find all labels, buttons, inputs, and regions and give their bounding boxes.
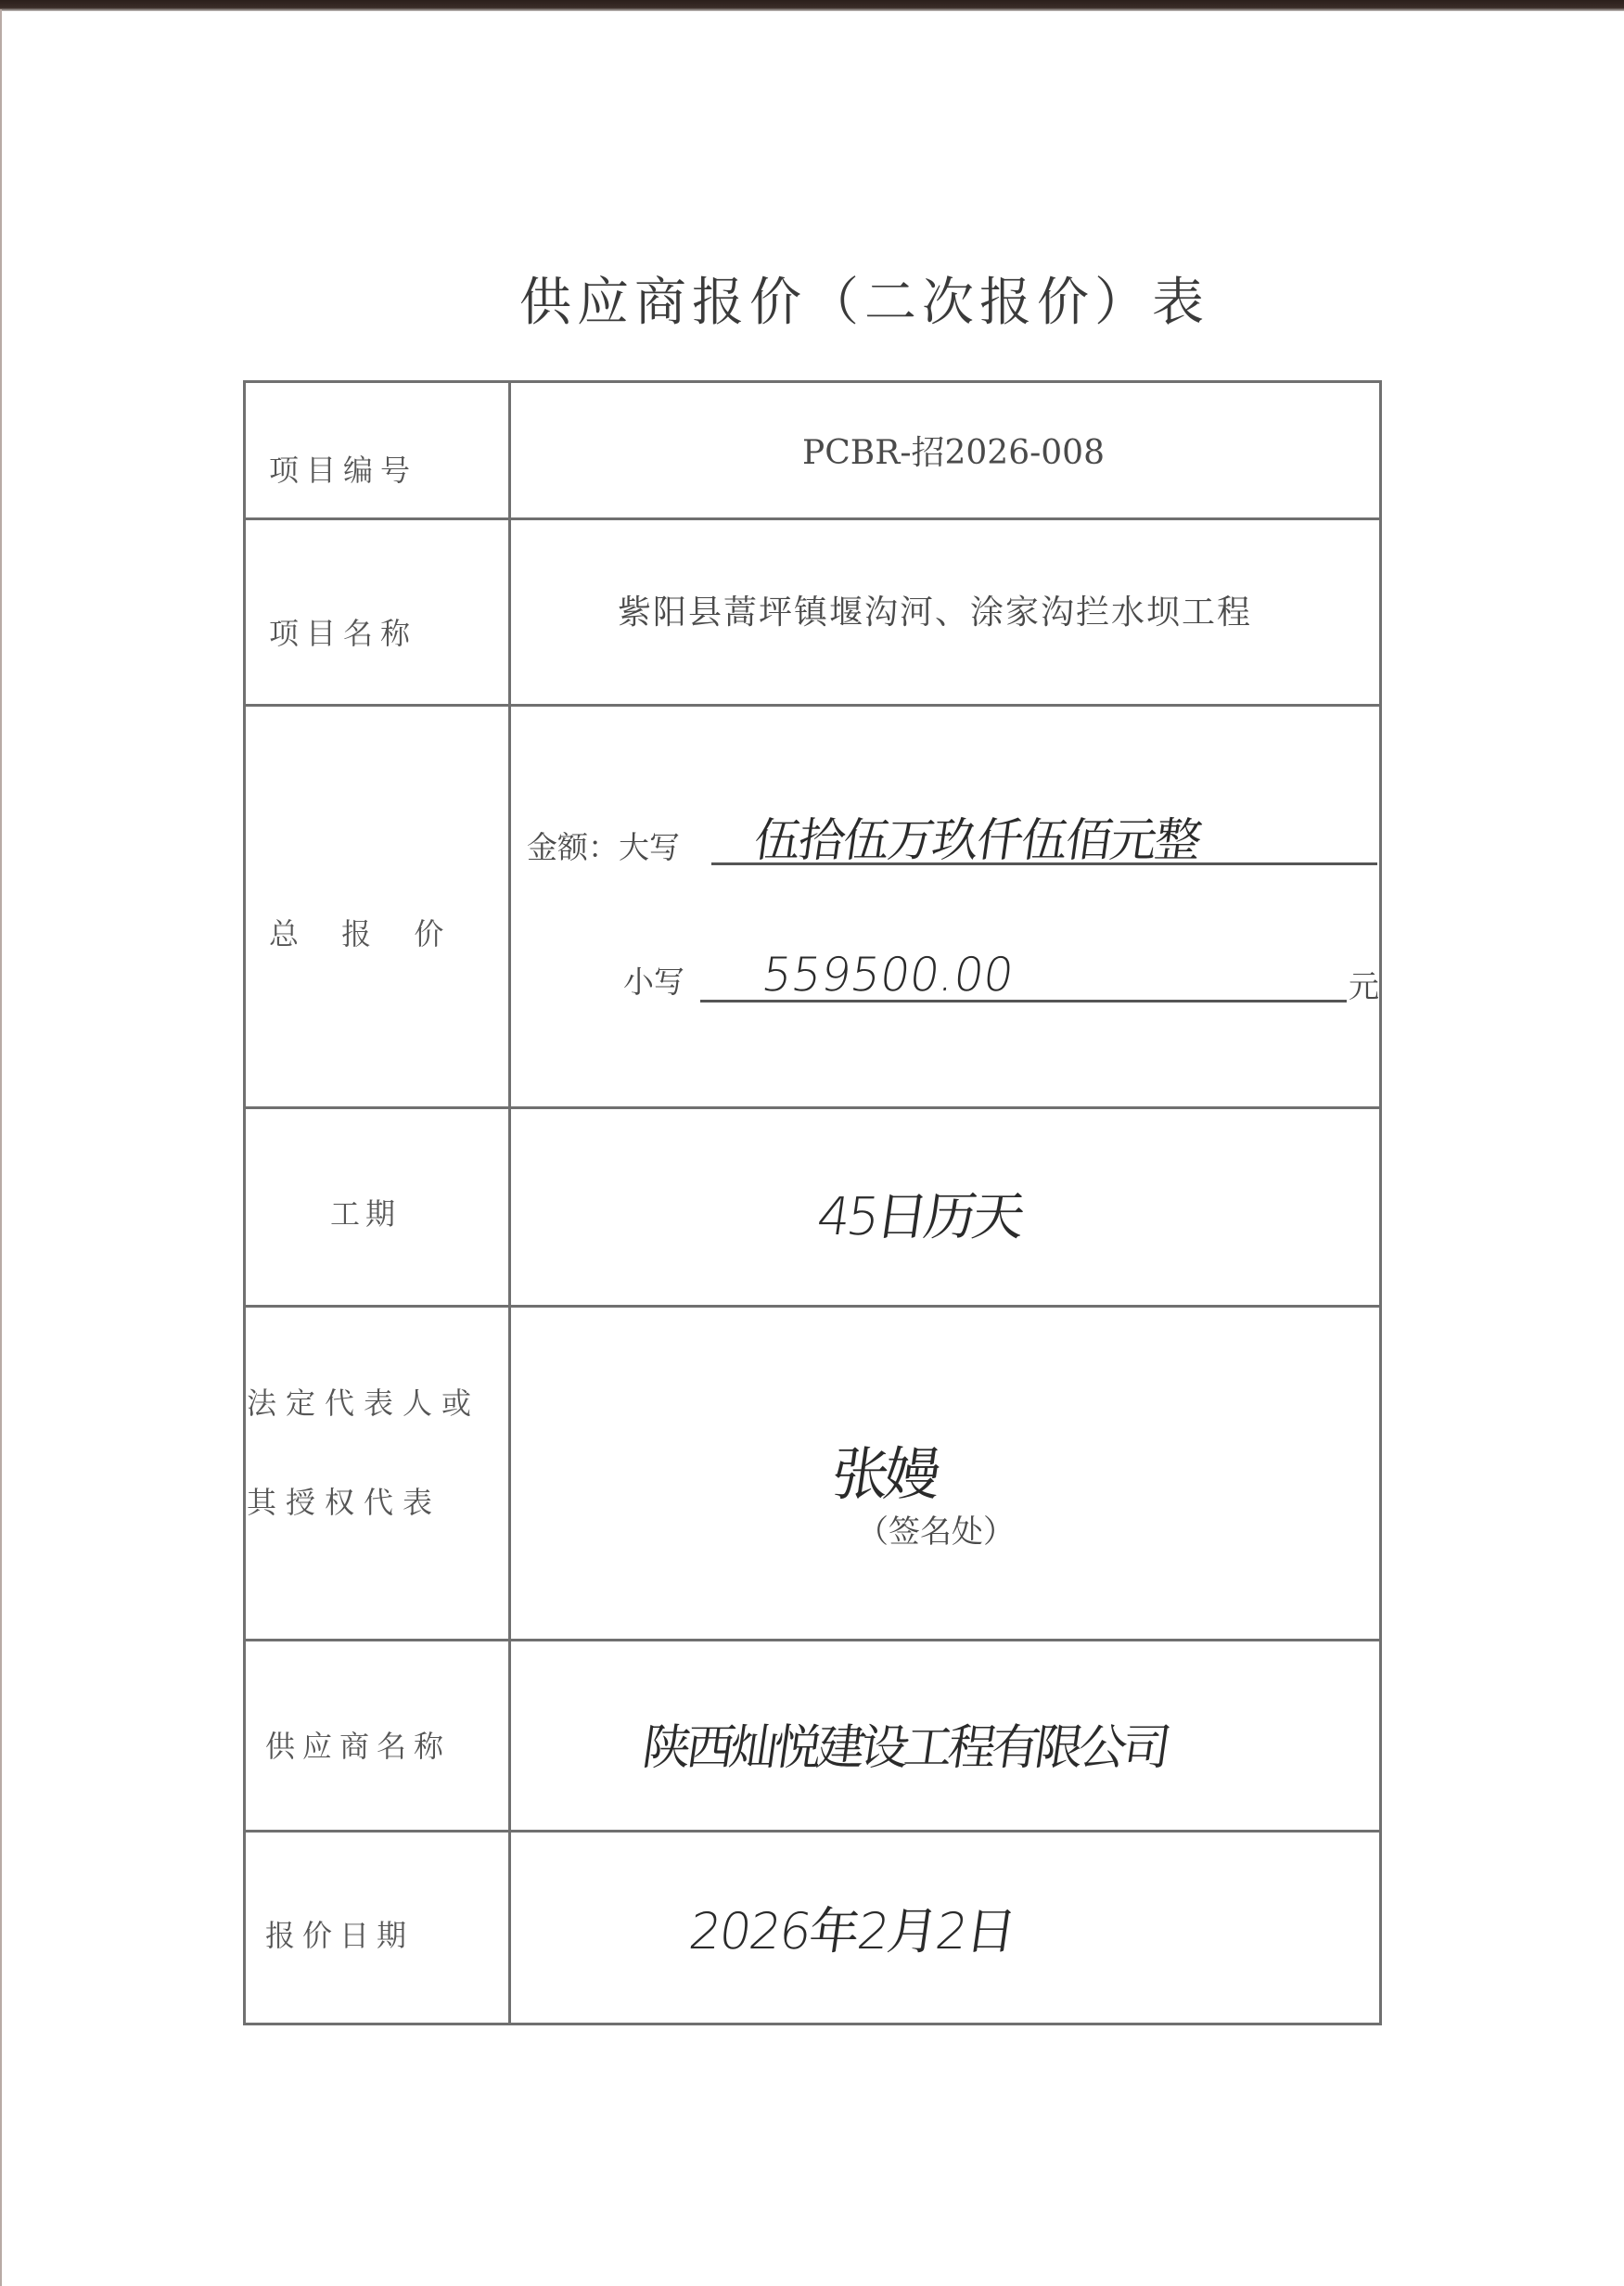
scan-top-edge [0, 0, 1624, 11]
label-quote-date: 报价日期 [265, 1912, 414, 1955]
column-divider [508, 380, 511, 2025]
table-border-top [243, 380, 1382, 383]
row-divider [243, 517, 1382, 520]
row-divider [243, 704, 1382, 707]
label-total-price: 总 报 价 [269, 911, 460, 953]
table-border-left [243, 380, 246, 2025]
quotation-table: 项目编号 PCBR-招2026-008 项目名称 紫阳县蒿坪镇堰沟河、涂家沟拦水… [243, 380, 1382, 2025]
label-legal-rep-line2: 其授权代表 [247, 1479, 441, 1522]
project-name-value: 紫阳县蒿坪镇堰沟河、涂家沟拦水坝工程 [618, 586, 1252, 633]
amount-lower-handwritten: 559500.00 [759, 948, 1017, 1002]
label-legal-rep-line1: 法定代表人或 [247, 1380, 480, 1423]
row-divider [243, 1305, 1382, 1308]
amount-lower-prefix: 小写 [623, 958, 684, 1002]
project-number-value: PCBR-招2026-008 [802, 427, 1105, 474]
signature-hint: （签名处） [857, 1506, 1015, 1552]
quote-date-handwritten: 2026年2月2日 [685, 1892, 1020, 1963]
label-duration: 工期 [330, 1191, 401, 1233]
amount-upper-prefix: 金额：大写 [527, 824, 680, 867]
amount-unit: 元 [1349, 963, 1379, 1006]
document-title: 供应商报价（二次报价）表 [519, 262, 1261, 336]
table-border-bottom [243, 2023, 1382, 2025]
label-project-number: 项目编号 [269, 447, 417, 490]
row-divider [243, 1830, 1382, 1833]
amount-upper-handwritten: 伍拾伍万玖仟伍佰元整 [750, 803, 1205, 870]
supplier-name-handwritten: 陕西灿悦建设工程有限公司 [639, 1708, 1172, 1778]
signature-handwritten: 张嫚 [827, 1428, 943, 1511]
label-supplier-name: 供应商名称 [265, 1723, 451, 1766]
duration-handwritten: 45日历天 [812, 1176, 1027, 1250]
table-border-right [1379, 380, 1382, 2025]
label-project-name: 项目名称 [269, 610, 417, 653]
row-divider [243, 1639, 1382, 1641]
scan-left-edge [0, 9, 2, 2286]
row-divider [243, 1106, 1382, 1109]
